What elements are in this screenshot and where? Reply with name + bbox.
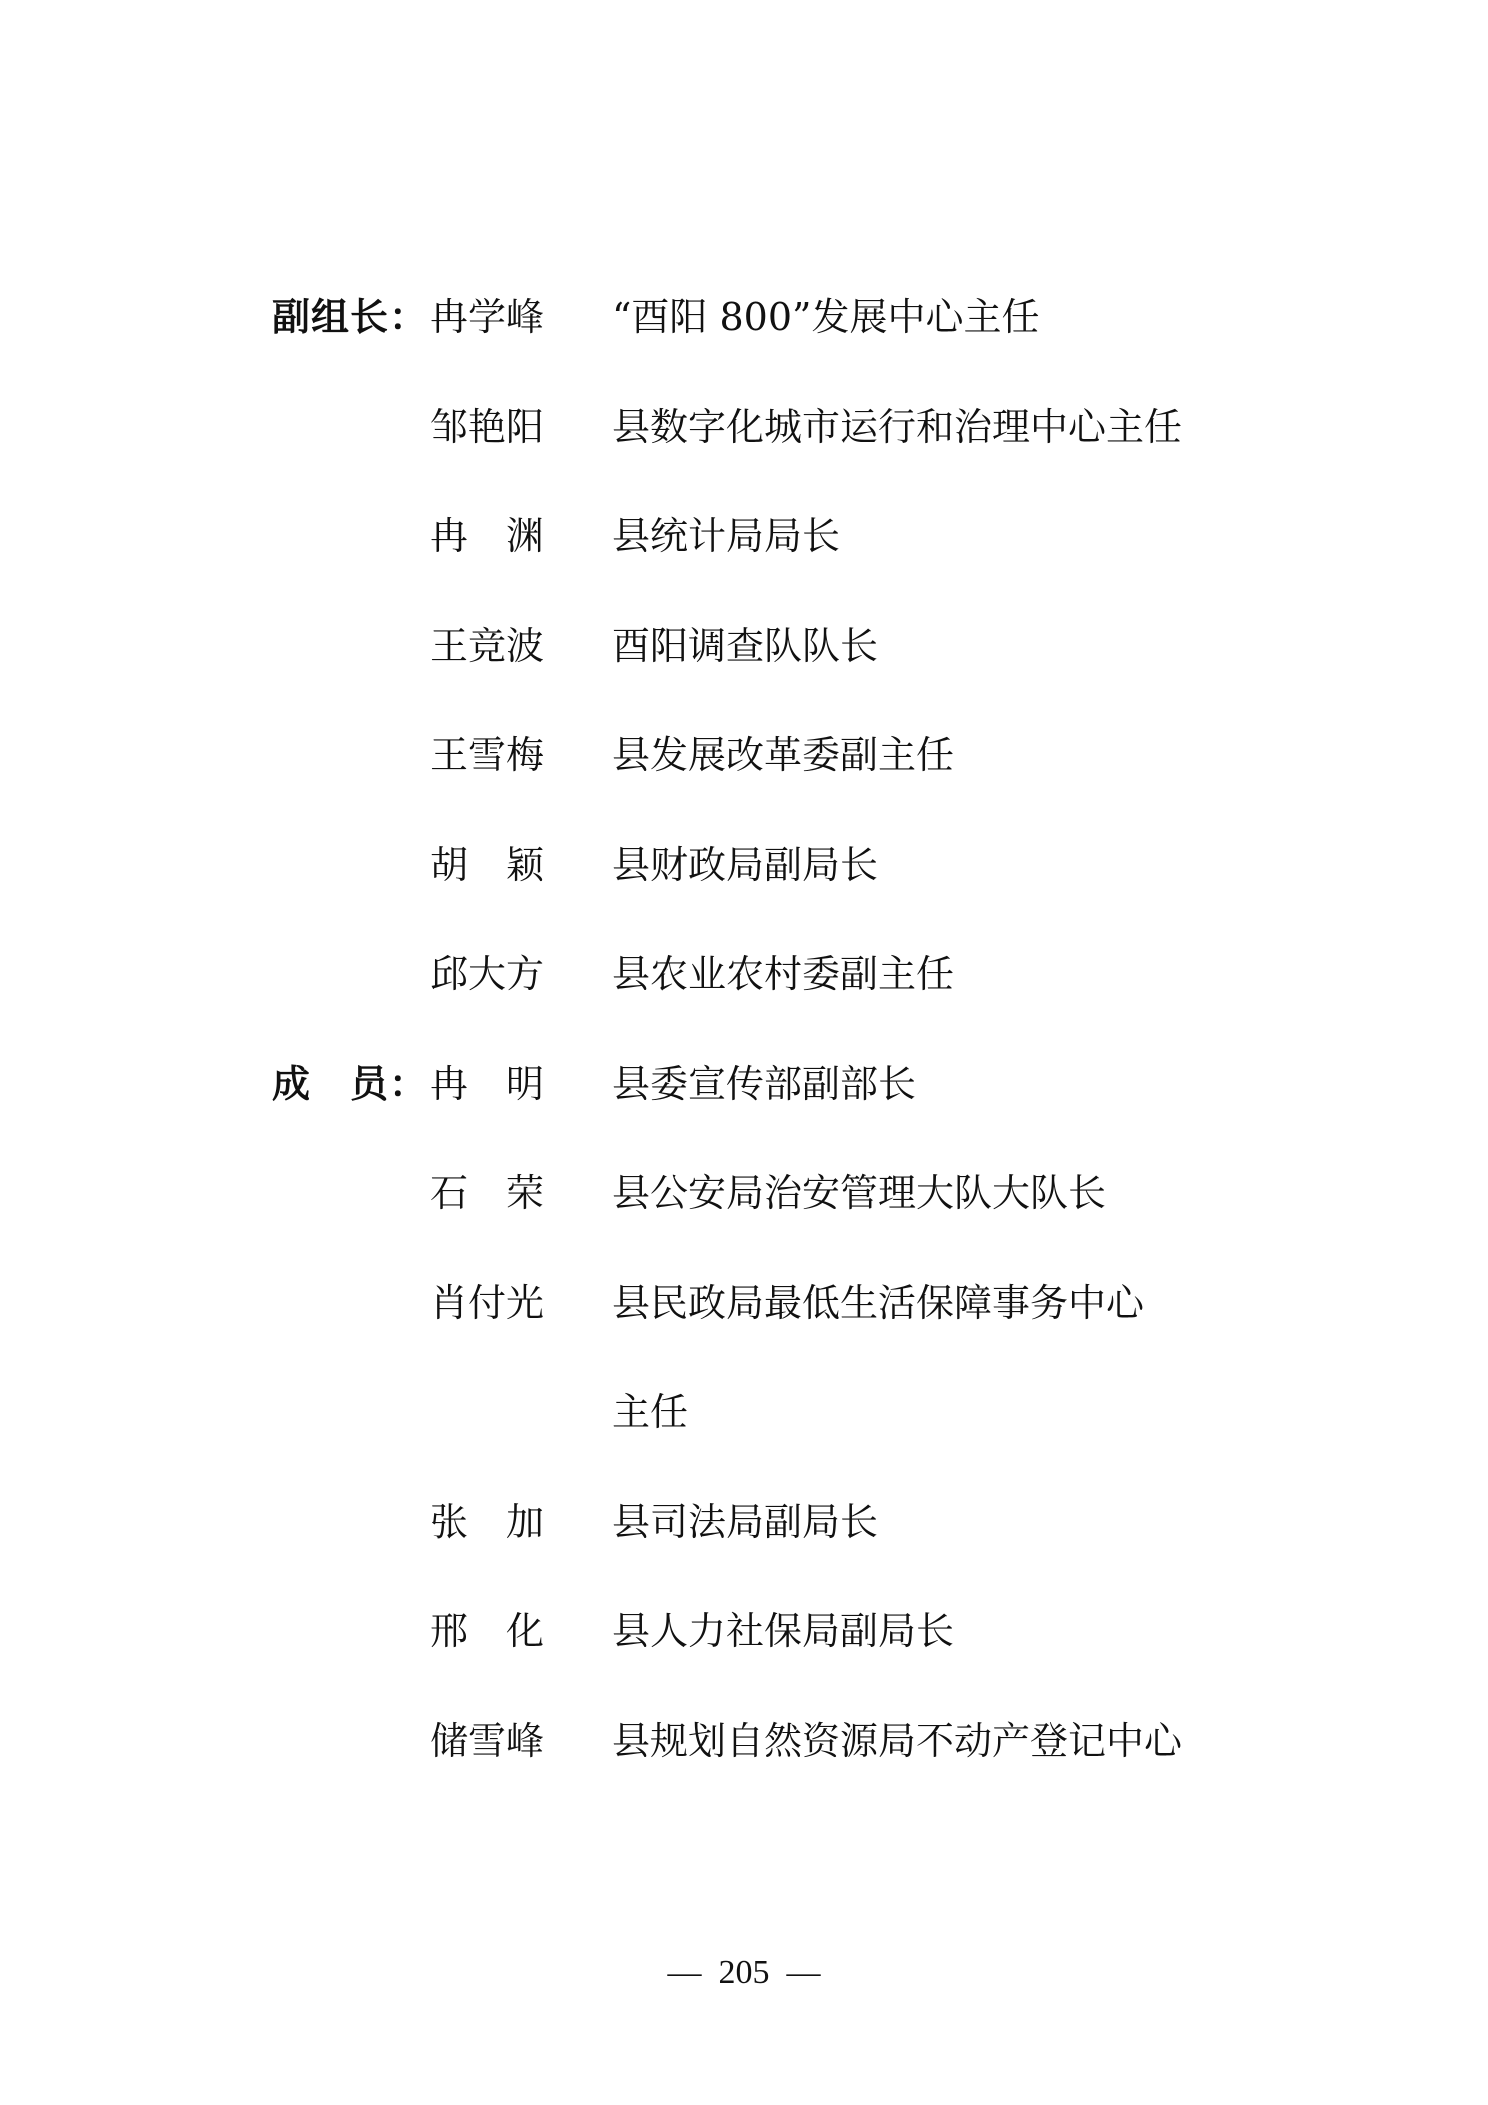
member-name: 邹艳阳	[430, 402, 544, 452]
member-name: 邢 化	[430, 1606, 544, 1656]
member-title: 县公安局治安管理大队大队长	[612, 1168, 1106, 1218]
role-label: 副组长：	[272, 292, 428, 342]
member-title: 县人力社保局副局长	[612, 1606, 954, 1656]
member-title: 县民政局最低生活保障事务中心	[612, 1278, 1144, 1328]
member-title: 县统计局局长	[612, 511, 840, 561]
role-label: 成 员：	[272, 1059, 428, 1109]
member-row: 邱大方 县农业农村委副主任	[0, 949, 1488, 999]
member-title: 主任	[612, 1387, 688, 1437]
member-row: 张 加 县司法局副局长	[0, 1497, 1488, 1547]
member-name: 胡 颖	[430, 840, 544, 890]
member-row: 石 荣 县公安局治安管理大队大队长	[0, 1168, 1488, 1218]
member-title: 县农业农村委副主任	[612, 949, 954, 999]
member-name: 肖付光	[430, 1278, 544, 1328]
member-row: 副组长： 冉学峰 “酉阳 800”发展中心主任	[0, 292, 1488, 342]
member-row: 肖付光 县民政局最低生活保障事务中心	[0, 1278, 1488, 1328]
member-title: 县数字化城市运行和治理中心主任	[612, 402, 1182, 452]
member-name: 张 加	[430, 1497, 544, 1547]
member-name: 王雪梅	[430, 730, 544, 780]
member-row: 胡 颖 县财政局副局长	[0, 840, 1488, 890]
member-name: 邱大方	[430, 949, 544, 999]
member-name: 石 荣	[430, 1168, 544, 1218]
member-row: 王竞波 酉阳调查队队长	[0, 621, 1488, 671]
member-name: 冉 渊	[430, 511, 544, 561]
member-name: 储雪峰	[430, 1716, 544, 1766]
member-name: 冉学峰	[430, 292, 544, 342]
page-number: — 205 —	[0, 1950, 1488, 1996]
member-row: 成 员： 冉 明 县委宣传部副部长	[0, 1059, 1488, 1109]
member-title: 县发展改革委副主任	[612, 730, 954, 780]
member-row: 王雪梅 县发展改革委副主任	[0, 730, 1488, 780]
member-row: 储雪峰 县规划自然资源局不动产登记中心	[0, 1716, 1488, 1766]
member-row-continuation: 主任	[0, 1387, 1488, 1437]
member-name: 王竞波	[430, 621, 544, 671]
member-row: 冉 渊 县统计局局长	[0, 511, 1488, 561]
member-title: 县委宣传部副部长	[612, 1059, 916, 1109]
member-row: 邢 化 县人力社保局副局长	[0, 1606, 1488, 1656]
member-name: 冉 明	[430, 1059, 544, 1109]
member-row: 邹艳阳 县数字化城市运行和治理中心主任	[0, 402, 1488, 452]
member-title: 县规划自然资源局不动产登记中心	[612, 1716, 1182, 1766]
member-title: 县财政局副局长	[612, 840, 878, 890]
member-title: 县司法局副局长	[612, 1497, 878, 1547]
member-title: “酉阳 800”发展中心主任	[612, 292, 1039, 342]
member-title: 酉阳调查队队长	[612, 621, 878, 671]
